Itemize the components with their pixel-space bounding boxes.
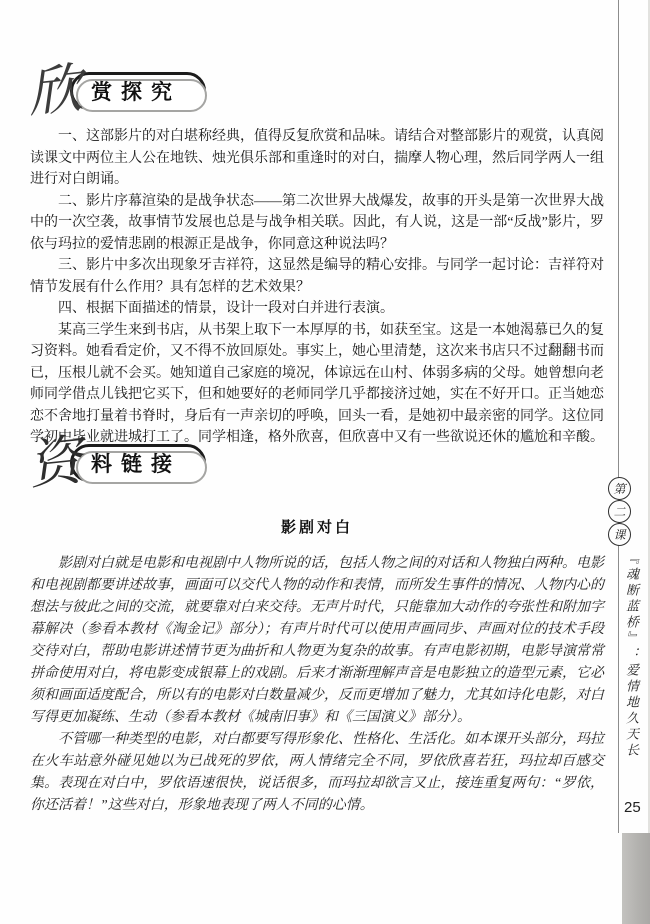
exploration-item-3: 三、影片中多次出现象牙吉祥符，这显然是编导的精心安排。与同学一起讨论：吉祥符对情… <box>30 255 604 298</box>
chapter-thumb-tab <box>622 833 650 924</box>
page-number: 25 <box>624 799 641 816</box>
exploration-item-2: 二、影片序幕渲染的是战争状态——第二次世界大战爆发，故事的开头是第一次世界大战中… <box>30 191 604 256</box>
materials-paragraphs: 影剧对白就是电影和电视剧中人物所说的话，包括人物之间的对话和人物独白两种。电影和… <box>30 553 604 817</box>
lesson-title-vertical: 『魂断蓝桥』：爱情地久天长 <box>621 551 641 759</box>
header-pill-label: 赏探究 <box>70 72 206 110</box>
exploration-item-1: 一、这部影片的对白堪称经典，值得反复欣赏和品味。请结合对整部影片的观赏，认真阅读… <box>30 126 604 191</box>
exploration-item-4: 四、根据下面描述的情景，设计一段对白并进行表演。 <box>30 298 604 320</box>
exploration-paragraphs: 一、这部影片的对白堪称经典，值得反复欣赏和品味。请结合对整部影片的观赏，认真阅读… <box>30 126 604 449</box>
header-script-char: 欣 <box>25 61 84 120</box>
header-script-char: 资 <box>25 433 84 492</box>
exploration-scenario: 某高三学生来到书店，从书架上取下一本厚厚的书，如获至宝。这是一本她渴慕已久的复习… <box>30 320 604 449</box>
lesson-badge-char-2: 二 <box>608 500 631 523</box>
lesson-badge-char-3: 课 <box>608 523 631 546</box>
header-pill-label: 料链接 <box>70 444 206 482</box>
badge-text: 第 <box>613 480 625 497</box>
lesson-badge-char-1: 第 <box>608 477 631 500</box>
badge-text: 课 <box>613 526 625 543</box>
section-header-exploration: 欣 赏探究 <box>28 60 206 122</box>
margin-vertical-rule <box>618 0 619 833</box>
materials-paragraph-2: 不管哪一种类型的电影，对白都要写得形象化、性格化、生活化。如本课开头部分，玛拉在… <box>30 729 604 817</box>
badge-text: 二 <box>613 503 625 520</box>
materials-paragraph-1: 影剧对白就是电影和电视剧中人物所说的话，包括人物之间的对话和人物独白两种。电影和… <box>30 553 604 729</box>
textbook-page: 欣 赏探究 一、这部影片的对白堪称经典，值得反复欣赏和品味。请结合对整部影片的观… <box>0 0 650 924</box>
section-header-materials: 资 料链接 <box>28 432 206 494</box>
article-title: 影剧对白 <box>30 516 604 537</box>
